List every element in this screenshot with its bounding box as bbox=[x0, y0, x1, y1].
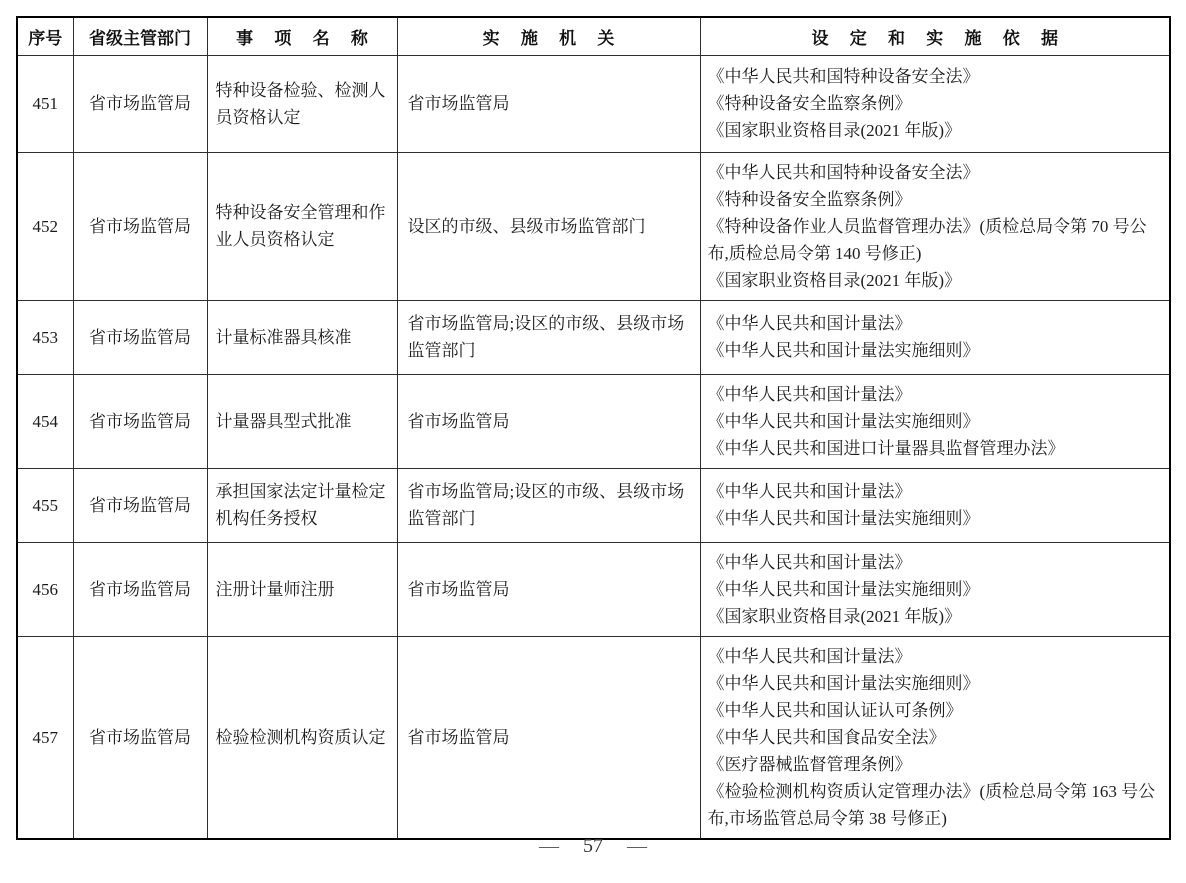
cell-department: 省市场监管局 bbox=[73, 636, 207, 839]
col-header-label: 实施机关 bbox=[483, 29, 636, 48]
footer-dash-right: — bbox=[627, 835, 647, 857]
basis-line: 《国家职业资格目录(2021 年版)》 bbox=[708, 267, 1165, 294]
basis-line: 《中华人民共和国特种设备安全法》 bbox=[708, 63, 1165, 90]
cell-item-name: 计量标准器具核准 bbox=[207, 300, 397, 374]
cell-agency: 省市场监管局 bbox=[397, 636, 700, 839]
basis-line: 《特种设备作业人员监督管理办法》(质检总局令第 70 号公布,质检总局令第 14… bbox=[708, 213, 1165, 267]
cell-agency: 省市场监管局 bbox=[397, 374, 700, 468]
basis-line: 《中华人民共和国计量法》 bbox=[708, 478, 1165, 505]
cell-item-name: 承担国家法定计量检定机构任务授权 bbox=[207, 468, 397, 542]
table-row: 457省市场监管局检验检测机构资质认定省市场监管局《中华人民共和国计量法》《中华… bbox=[17, 636, 1170, 839]
cell-agency: 省市场监管局 bbox=[397, 55, 700, 152]
table-row: 456省市场监管局注册计量师注册省市场监管局《中华人民共和国计量法》《中华人民共… bbox=[17, 542, 1170, 636]
approval-items-table: 序号省级主管部门事项名称实施机关设定和实施依据 451省市场监管局特种设备检验、… bbox=[16, 16, 1171, 840]
cell-department: 省市场监管局 bbox=[73, 300, 207, 374]
cell-agency: 省市场监管局;设区的市级、县级市场监管部门 bbox=[397, 468, 700, 542]
cell-basis: 《中华人民共和国计量法》《中华人民共和国计量法实施细则》 bbox=[700, 468, 1170, 542]
table-row: 455省市场监管局承担国家法定计量检定机构任务授权省市场监管局;设区的市级、县级… bbox=[17, 468, 1170, 542]
col-header-label: 序号 bbox=[28, 29, 62, 48]
table-row: 451省市场监管局特种设备检验、检测人员资格认定省市场监管局《中华人民共和国特种… bbox=[17, 55, 1170, 152]
basis-line: 《中华人民共和国进口计量器具监督管理办法》 bbox=[708, 435, 1165, 462]
col-header-label: 省级主管部门 bbox=[89, 29, 191, 48]
cell-item-name: 检验检测机构资质认定 bbox=[207, 636, 397, 839]
page-footer: —57— bbox=[0, 835, 1186, 858]
cell-agency: 省市场监管局 bbox=[397, 542, 700, 636]
col-header-agency: 实施机关 bbox=[397, 17, 700, 55]
table-row: 452省市场监管局特种设备安全管理和作业人员资格认定设区的市级、县级市场监管部门… bbox=[17, 152, 1170, 300]
basis-line: 《中华人民共和国计量法》 bbox=[708, 549, 1165, 576]
basis-line: 《中华人民共和国计量法实施细则》 bbox=[708, 505, 1165, 532]
cell-department: 省市场监管局 bbox=[73, 152, 207, 300]
footer-dash-left: — bbox=[539, 835, 559, 857]
basis-line: 《国家职业资格目录(2021 年版)》 bbox=[708, 603, 1165, 630]
cell-basis: 《中华人民共和国计量法》《中华人民共和国计量法实施细则》《中华人民共和国进口计量… bbox=[700, 374, 1170, 468]
cell-basis: 《中华人民共和国计量法》《中华人民共和国计量法实施细则》 bbox=[700, 300, 1170, 374]
cell-department: 省市场监管局 bbox=[73, 55, 207, 152]
cell-index: 455 bbox=[17, 468, 73, 542]
col-header-basis: 设定和实施依据 bbox=[700, 17, 1170, 55]
col-header-index: 序号 bbox=[17, 17, 73, 55]
basis-line: 《中华人民共和国计量法》 bbox=[708, 381, 1165, 408]
basis-line: 《中华人民共和国计量法实施细则》 bbox=[708, 408, 1165, 435]
basis-line: 《国家职业资格目录(2021 年版)》 bbox=[708, 117, 1165, 144]
basis-line: 《中华人民共和国计量法》 bbox=[708, 310, 1165, 337]
cell-basis: 《中华人民共和国计量法》《中华人民共和国计量法实施细则》《中华人民共和国认证认可… bbox=[700, 636, 1170, 839]
basis-line: 《特种设备安全监察条例》 bbox=[708, 186, 1165, 213]
cell-department: 省市场监管局 bbox=[73, 468, 207, 542]
cell-department: 省市场监管局 bbox=[73, 542, 207, 636]
basis-line: 《中华人民共和国认证认可条例》 bbox=[708, 697, 1165, 724]
cell-item-name: 特种设备检验、检测人员资格认定 bbox=[207, 55, 397, 152]
basis-line: 《特种设备安全监察条例》 bbox=[708, 90, 1165, 117]
cell-index: 451 bbox=[17, 55, 73, 152]
col-header-label: 事项名称 bbox=[236, 29, 389, 48]
cell-item-name: 特种设备安全管理和作业人员资格认定 bbox=[207, 152, 397, 300]
table-row: 454省市场监管局计量器具型式批准省市场监管局《中华人民共和国计量法》《中华人民… bbox=[17, 374, 1170, 468]
cell-item-name: 计量器具型式批准 bbox=[207, 374, 397, 468]
table-row: 453省市场监管局计量标准器具核准省市场监管局;设区的市级、县级市场监管部门《中… bbox=[17, 300, 1170, 374]
cell-index: 456 bbox=[17, 542, 73, 636]
cell-basis: 《中华人民共和国特种设备安全法》《特种设备安全监察条例》《国家职业资格目录(20… bbox=[700, 55, 1170, 152]
basis-line: 《医疗器械监督管理条例》 bbox=[708, 751, 1165, 778]
basis-line: 《检验检测机构资质认定管理办法》(质检总局令第 163 号公布,市场监管总局令第… bbox=[708, 778, 1165, 832]
basis-line: 《中华人民共和国计量法实施细则》 bbox=[708, 576, 1165, 603]
cell-department: 省市场监管局 bbox=[73, 374, 207, 468]
basis-line: 《中华人民共和国计量法实施细则》 bbox=[708, 670, 1165, 697]
col-header-department: 省级主管部门 bbox=[73, 17, 207, 55]
cell-item-name: 注册计量师注册 bbox=[207, 542, 397, 636]
col-header-label: 设定和实施依据 bbox=[812, 29, 1080, 48]
cell-agency: 省市场监管局;设区的市级、县级市场监管部门 bbox=[397, 300, 700, 374]
cell-index: 453 bbox=[17, 300, 73, 374]
basis-line: 《中华人民共和国计量法》 bbox=[708, 643, 1165, 670]
cell-agency: 设区的市级、县级市场监管部门 bbox=[397, 152, 700, 300]
basis-line: 《中华人民共和国特种设备安全法》 bbox=[708, 159, 1165, 186]
basis-line: 《中华人民共和国食品安全法》 bbox=[708, 724, 1165, 751]
cell-basis: 《中华人民共和国特种设备安全法》《特种设备安全监察条例》《特种设备作业人员监督管… bbox=[700, 152, 1170, 300]
cell-index: 457 bbox=[17, 636, 73, 839]
cell-index: 454 bbox=[17, 374, 73, 468]
cell-index: 452 bbox=[17, 152, 73, 300]
basis-line: 《中华人民共和国计量法实施细则》 bbox=[708, 337, 1165, 364]
page-number: 57 bbox=[583, 835, 603, 857]
cell-basis: 《中华人民共和国计量法》《中华人民共和国计量法实施细则》《国家职业资格目录(20… bbox=[700, 542, 1170, 636]
col-header-item-name: 事项名称 bbox=[207, 17, 397, 55]
table-header-row: 序号省级主管部门事项名称实施机关设定和实施依据 bbox=[17, 17, 1170, 55]
